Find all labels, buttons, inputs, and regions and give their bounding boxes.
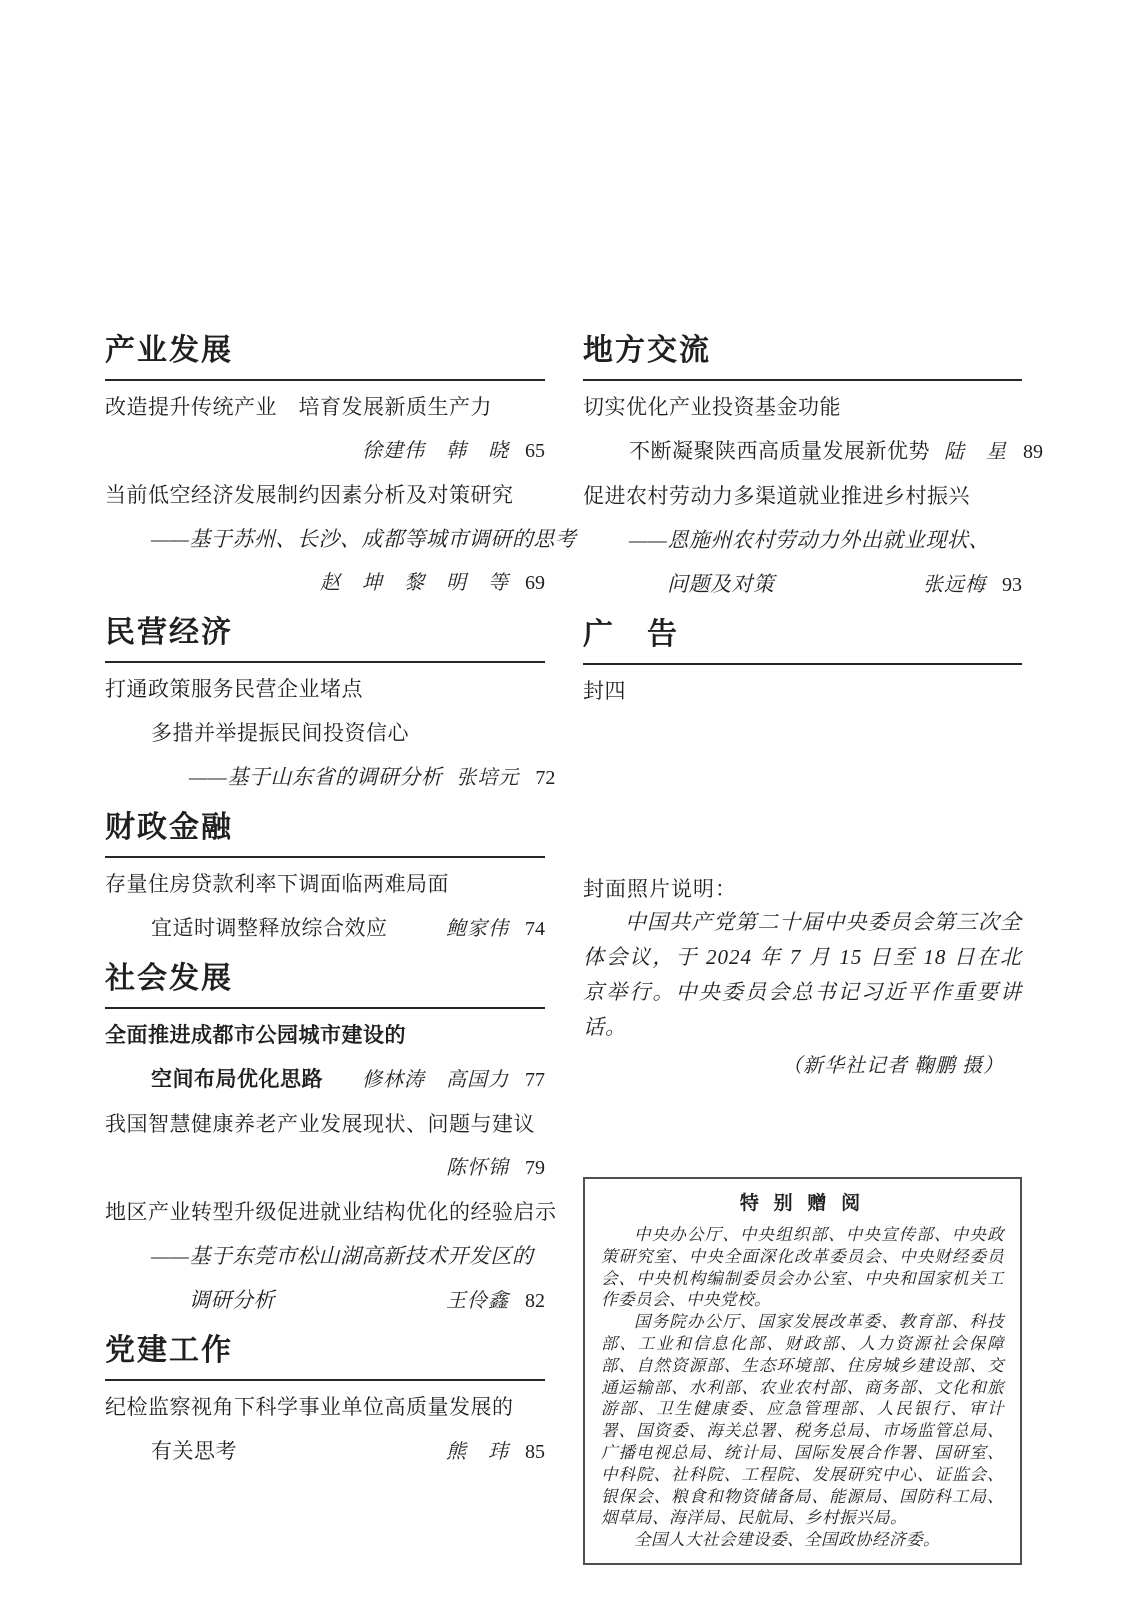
- article-title: 不断凝聚陕西高质量发展新优势: [629, 438, 930, 465]
- cover-photo-note: 封面照片说明： 中国共产党第二十届中央委员会第三次全体会议，于 2024 年 7…: [583, 873, 1022, 1081]
- toc-entry-title: 不断凝聚陕西高质量发展新优势 陆 星 89: [583, 438, 1022, 466]
- article-title: 打通政策服务民营企业堵点: [105, 676, 363, 703]
- toc-right-column: 地方交流 切实优化产业投资基金功能 不断凝聚陕西高质量发展新优势 陆 星 89 …: [583, 332, 1022, 1565]
- article-subtitle: ——基于山东省的调研分析: [189, 764, 442, 791]
- article-title: 我国智慧健康养老产业发展现状、问题与建议: [105, 1111, 535, 1138]
- article-title: 当前低空经济发展制约因素分析及对策研究: [105, 482, 514, 509]
- section-heading: 广 告: [583, 616, 1022, 665]
- special-gift-box: 特 别 赠 阅 中央办公厅、中央组织部、中央宣传部、中央政策研究室、中央全面深化…: [583, 1177, 1022, 1565]
- toc-entry-title: 封四: [583, 678, 1022, 705]
- entry-authors: 赵 坤 黎 明 等: [320, 570, 509, 597]
- special-gift-paragraph: 全国人大社会建设委、全国政协经济委。: [601, 1529, 1004, 1551]
- special-gift-title: 特 别 赠 阅: [601, 1189, 1004, 1218]
- toc-entry-title: 有关思考 熊 玮 85: [105, 1438, 545, 1466]
- article-title: 封四: [583, 678, 626, 705]
- toc-left-column: 产业发展 改造提升传统产业 培育发展新质生产力 徐建伟 韩 晓 65 当前低空经…: [105, 332, 545, 1483]
- entry-page-number: 93: [1002, 572, 1022, 599]
- toc-entry-title: 空间布局优化思路 修林涛 高国力 77: [105, 1066, 545, 1094]
- toc-entry-subtitle: ——基于苏州、长沙、成都等城市调研的思考: [105, 526, 545, 553]
- section-heading: 财政金融: [105, 809, 545, 858]
- entry-page-number: 74: [525, 916, 545, 943]
- special-gift-paragraph: 国务院办公厅、国家发展改革委、教育部、科技部、工业和信息化部、财政部、人力资源社…: [601, 1311, 1004, 1529]
- toc-entry-title: 促进农村劳动力多渠道就业推进乡村振兴: [583, 483, 1022, 510]
- article-title: 改造提升传统产业 培育发展新质生产力: [105, 394, 492, 421]
- toc-entry-title: 打通政策服务民营企业堵点: [105, 676, 545, 703]
- toc-section-private-economy: 民营经济 打通政策服务民营企业堵点 多措并举提振民间投资信心 ——基于山东省的调…: [105, 614, 545, 792]
- toc-section-social-development: 社会发展 全面推进成都市公园城市建设的 空间布局优化思路 修林涛 高国力 77 …: [105, 960, 545, 1315]
- toc-entry-subtitle: ——基于山东省的调研分析 张培元 72: [105, 764, 545, 792]
- section-heading: 党建工作: [105, 1332, 545, 1381]
- toc-entry-title: 改造提升传统产业 培育发展新质生产力: [105, 394, 545, 421]
- toc-entry-title: 地区产业转型升级促进就业结构优化的经验启示: [105, 1199, 545, 1226]
- entry-page-number: 69: [525, 570, 545, 597]
- entry-authors: 张远梅: [923, 572, 986, 599]
- entry-authors: 徐建伟 韩 晓: [362, 438, 509, 465]
- article-title: 地区产业转型升级促进就业结构优化的经验启示: [105, 1199, 557, 1226]
- entry-authors: 鲍家伟: [446, 916, 509, 943]
- toc-entry-subtitle: ——恩施州农村劳动力外出就业现状、: [583, 527, 1022, 554]
- toc-entry-title: 我国智慧健康养老产业发展现状、问题与建议: [105, 1111, 545, 1138]
- article-title: 存量住房贷款利率下调面临两难局面: [105, 871, 449, 898]
- entry-page-number: 72: [535, 765, 555, 792]
- article-subtitle: ——基于东莞市松山湖高新技术开发区的: [151, 1243, 533, 1270]
- toc-entry-title: 当前低空经济发展制约因素分析及对策研究: [105, 482, 545, 509]
- toc-entry-subtitle: 问题及对策 张远梅 93: [583, 571, 1022, 599]
- cover-note-credit: （新华社记者 鞠鹏 摄）: [583, 1051, 1022, 1081]
- section-heading: 民营经济: [105, 614, 545, 663]
- toc-entry-title: 全面推进成都市公园城市建设的: [105, 1022, 545, 1049]
- entry-page-number: 65: [525, 438, 545, 465]
- article-title: 切实优化产业投资基金功能: [583, 394, 841, 421]
- section-heading: 社会发展: [105, 960, 545, 1009]
- entry-authors: 张培元: [456, 765, 519, 792]
- article-title: 多措并举提振民间投资信心: [151, 720, 409, 747]
- entry-authors: 陆 星: [944, 439, 1007, 466]
- entry-page-number: 82: [525, 1288, 545, 1315]
- article-title: 纪检监察视角下科学事业单位高质量发展的: [105, 1394, 514, 1421]
- article-title: 空间布局优化思路: [151, 1066, 323, 1093]
- toc-entry-title: 存量住房贷款利率下调面临两难局面: [105, 871, 545, 898]
- entry-authors: 陈怀锦: [446, 1155, 509, 1182]
- toc-section-advertisement: 广 告 封四: [583, 616, 1022, 705]
- toc-entry-authors: 陈怀锦 79: [105, 1155, 545, 1182]
- toc-entry-title: 纪检监察视角下科学事业单位高质量发展的: [105, 1394, 545, 1421]
- special-gift-paragraph: 中央办公厅、中央组织部、中央宣传部、中央政策研究室、中央全面深化改革委员会、中央…: [601, 1224, 1004, 1311]
- toc-entry-title: 多措并举提振民间投资信心: [105, 720, 545, 747]
- toc-entry-authors: 赵 坤 黎 明 等 69: [105, 570, 545, 597]
- toc-section-local-exchange: 地方交流 切实优化产业投资基金功能 不断凝聚陕西高质量发展新优势 陆 星 89 …: [583, 332, 1022, 599]
- toc-section-industry: 产业发展 改造提升传统产业 培育发展新质生产力 徐建伟 韩 晓 65 当前低空经…: [105, 332, 545, 597]
- article-title: 宜适时调整释放综合效应: [151, 915, 388, 942]
- article-title: 有关思考: [151, 1438, 237, 1465]
- article-subtitle: ——恩施州农村劳动力外出就业现状、: [629, 527, 990, 554]
- toc-section-finance: 财政金融 存量住房贷款利率下调面临两难局面 宜适时调整释放综合效应 鲍家伟 74: [105, 809, 545, 943]
- entry-authors: 王伶鑫: [446, 1288, 509, 1315]
- toc-entry-subtitle: ——基于东莞市松山湖高新技术开发区的: [105, 1243, 545, 1270]
- entry-authors: 修林涛 高国力: [362, 1067, 509, 1094]
- section-heading: 产业发展: [105, 332, 545, 381]
- article-title: 促进农村劳动力多渠道就业推进乡村振兴: [583, 483, 970, 510]
- entry-authors: 熊 玮: [446, 1439, 509, 1466]
- toc-entry-authors: 徐建伟 韩 晓 65: [105, 438, 545, 465]
- article-subtitle: 调研分析: [189, 1287, 275, 1314]
- article-title: 全面推进成都市公园城市建设的: [105, 1022, 406, 1049]
- entry-page-number: 79: [525, 1155, 545, 1182]
- toc-entry-title: 宜适时调整释放综合效应 鲍家伟 74: [105, 915, 545, 943]
- cover-note-label: 封面照片说明：: [583, 873, 1022, 905]
- entry-page-number: 89: [1023, 439, 1043, 466]
- toc-page: 产业发展 改造提升传统产业 培育发展新质生产力 徐建伟 韩 晓 65 当前低空经…: [0, 0, 1130, 1600]
- entry-page-number: 85: [525, 1439, 545, 1466]
- article-subtitle: 问题及对策: [667, 571, 775, 598]
- toc-entry-subtitle: 调研分析 王伶鑫 82: [105, 1287, 545, 1315]
- section-heading: 地方交流: [583, 332, 1022, 381]
- entry-page-number: 77: [525, 1067, 545, 1094]
- article-subtitle: ——基于苏州、长沙、成都等城市调研的思考: [151, 526, 576, 553]
- toc-entry-title: 切实优化产业投资基金功能: [583, 394, 1022, 421]
- cover-note-body: 中国共产党第二十届中央委员会第三次全体会议，于 2024 年 7 月 15 日至…: [583, 905, 1022, 1045]
- toc-section-party-building: 党建工作 纪检监察视角下科学事业单位高质量发展的 有关思考 熊 玮 85: [105, 1332, 545, 1466]
